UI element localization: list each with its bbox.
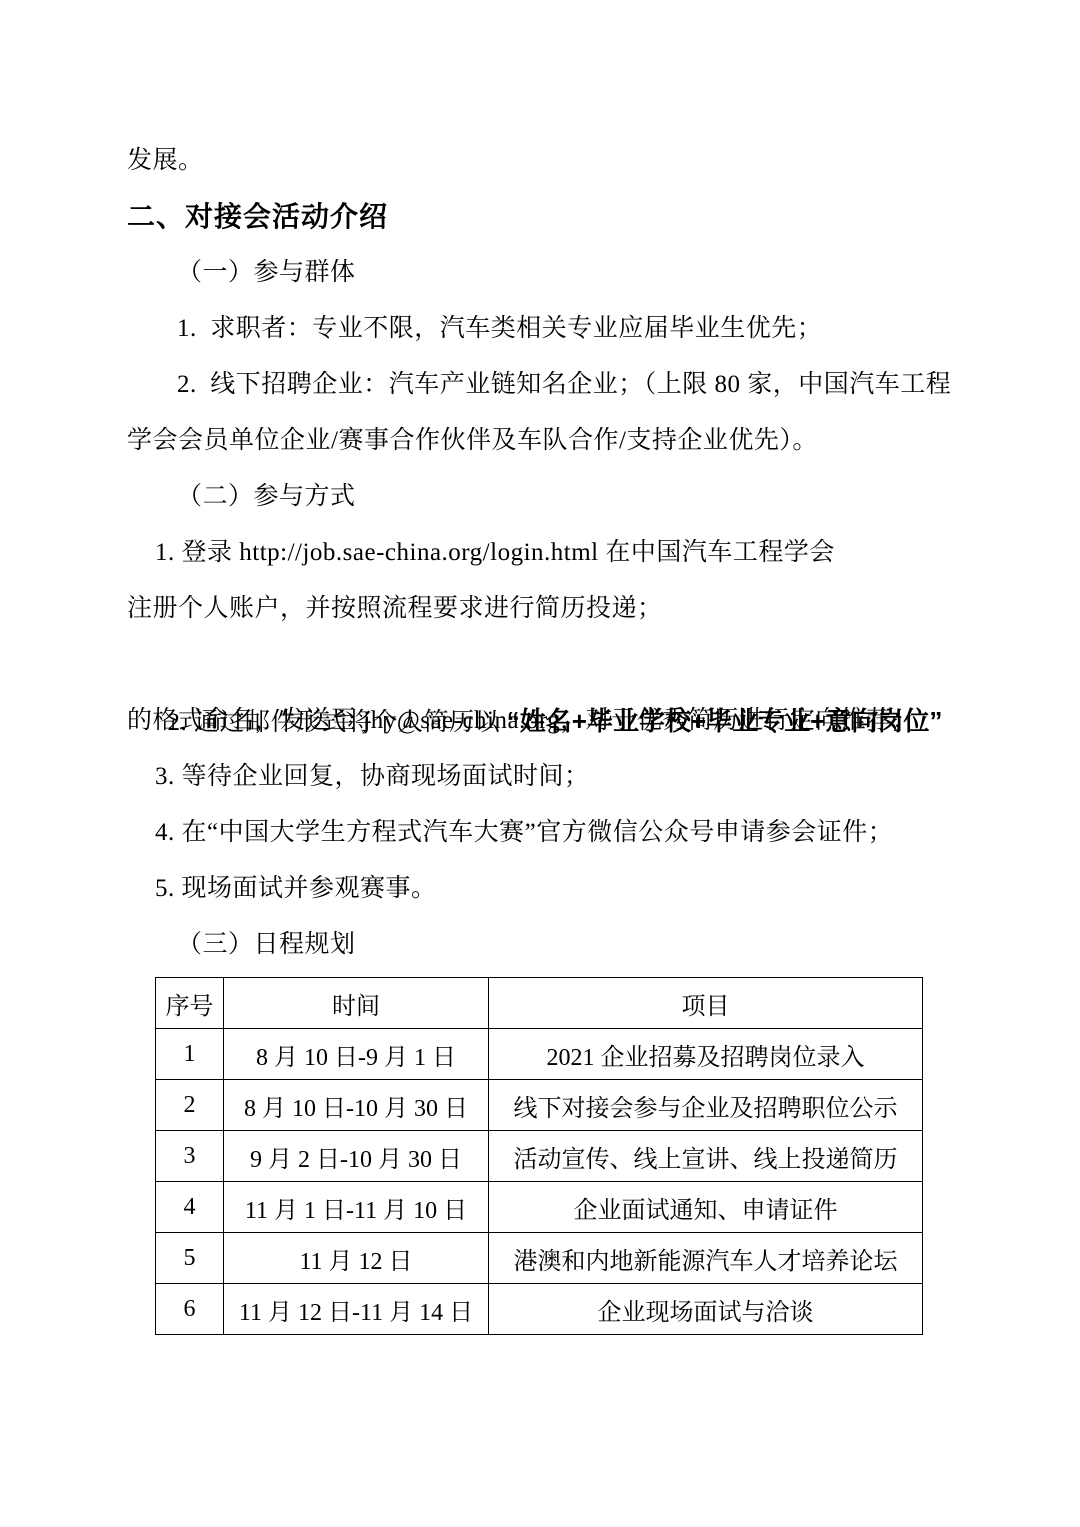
table-cell-time: 9 月 2 日-10 月 30 日 [224,1131,489,1182]
table-cell-no: 3 [156,1131,224,1182]
table-cell-no: 6 [156,1284,224,1335]
table-cell-no: 1 [156,1029,224,1080]
subsection2-item-3: 3. 等待企业回复，协商现场面试时间； [127,749,955,805]
table-row: 2 8 月 10 日-10 月 30 日 线下对接会参与企业及招聘职位公示 [156,1080,923,1131]
subsection2-item-4: 4. 在“中国大学生方程式汽车大赛”官方微信公众号申请参会证件； [127,805,955,861]
schedule-table: 序号 时间 项目 1 8 月 10 日-9 月 1 日 2021 企业招募及招聘… [155,977,923,1335]
table-header-row: 序号 时间 项目 [156,978,923,1029]
subsection2-item-2-line-2: 的格式命名，发送至 jhy@sae-china.org，对于优秀简历进行定向推荐… [127,693,955,749]
table-cell-item: 2021 企业招募及招聘岗位录入 [489,1029,923,1080]
table-cell-time: 11 月 12 日 [224,1233,489,1284]
subsection2-title: （二）参与方式 [127,469,955,525]
subsection2-item-2-line-1: 2. 通过邮件形式将个人简历以 “姓名+毕业学校+毕业专业+意向岗位” [127,637,955,693]
document-page: 发展。 二、对接会活动介绍 （一）参与群体 1. 求职者：专业不限，汽车类相关专… [0,0,1080,1527]
table-row: 1 8 月 10 日-9 月 1 日 2021 企业招募及招聘岗位录入 [156,1029,923,1080]
table-cell-item: 活动宣传、线上宣讲、线上投递简历 [489,1131,923,1182]
table-header-cell: 时间 [224,978,489,1029]
section-heading: 二、对接会活动介绍 [127,189,955,245]
subsection1-item-2-line-1: 2. 线下招聘企业：汽车产业链知名企业；（上限 80 家，中国汽车工程 [127,357,955,413]
table-cell-no: 2 [156,1080,224,1131]
table-cell-no: 5 [156,1233,224,1284]
table-cell-time: 8 月 10 日-9 月 1 日 [224,1029,489,1080]
table-cell-time: 11 月 1 日-11 月 10 日 [224,1182,489,1233]
subsection1-item-1: 1. 求职者：专业不限，汽车类相关专业应届毕业生优先； [127,301,955,357]
subsection3-title: （三）日程规划 [127,917,955,973]
table-row: 5 11 月 12 日 港澳和内地新能源汽车人才培养论坛 [156,1233,923,1284]
table-cell-no: 4 [156,1182,224,1233]
subsection2-item-1-line-1: 1. 登录 http://job.sae-china.org/login.htm… [127,525,955,581]
table-header-cell: 序号 [156,978,224,1029]
table-row: 3 9 月 2 日-10 月 30 日 活动宣传、线上宣讲、线上投递简历 [156,1131,923,1182]
paragraph-tail-line: 发展。 [127,133,955,189]
document-content: 发展。 二、对接会活动介绍 （一）参与群体 1. 求职者：专业不限，汽车类相关专… [127,133,955,1335]
table-cell-time: 11 月 12 日-11 月 14 日 [224,1284,489,1335]
subsection1-title: （一）参与群体 [127,245,955,301]
subsection2-item-5: 5. 现场面试并参观赛事。 [127,861,955,917]
table-cell-item: 企业面试通知、申请证件 [489,1182,923,1233]
subsection2-item-1-line-2: 注册个人账户，并按照流程要求进行简历投递； [127,581,955,637]
table-row: 4 11 月 1 日-11 月 10 日 企业面试通知、申请证件 [156,1182,923,1233]
table-cell-item: 线下对接会参与企业及招聘职位公示 [489,1080,923,1131]
table-header-cell: 项目 [489,978,923,1029]
subsection1-item-2-line-2: 学会会员单位企业/赛事合作伙伴及车队合作/支持企业优先）。 [127,413,955,469]
table-cell-time: 8 月 10 日-10 月 30 日 [224,1080,489,1131]
table-cell-item: 港澳和内地新能源汽车人才培养论坛 [489,1233,923,1284]
table-cell-item: 企业现场面试与洽谈 [489,1284,923,1335]
table-row: 6 11 月 12 日-11 月 14 日 企业现场面试与洽谈 [156,1284,923,1335]
